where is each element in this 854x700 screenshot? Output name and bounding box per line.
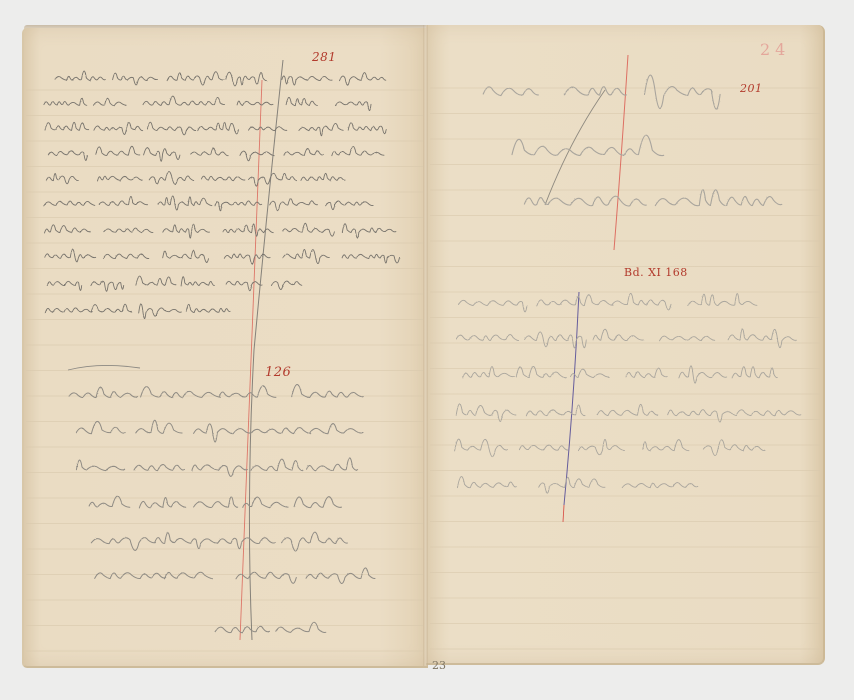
left-page bbox=[22, 28, 428, 668]
annotation-reference: Bd. XI 168 bbox=[624, 266, 688, 279]
annotation-201: 201 bbox=[740, 82, 763, 95]
notebook-gutter bbox=[423, 25, 428, 666]
annotation-126: 126 bbox=[265, 365, 291, 380]
annotation-corner-24: 24 bbox=[760, 40, 790, 59]
folio-number: 23 bbox=[432, 659, 446, 672]
right-page bbox=[426, 25, 825, 665]
annotation-281: 281 bbox=[312, 50, 336, 64]
notebook-spread: 281 126 24 201 Bd. XI 168 23 bbox=[0, 0, 854, 700]
